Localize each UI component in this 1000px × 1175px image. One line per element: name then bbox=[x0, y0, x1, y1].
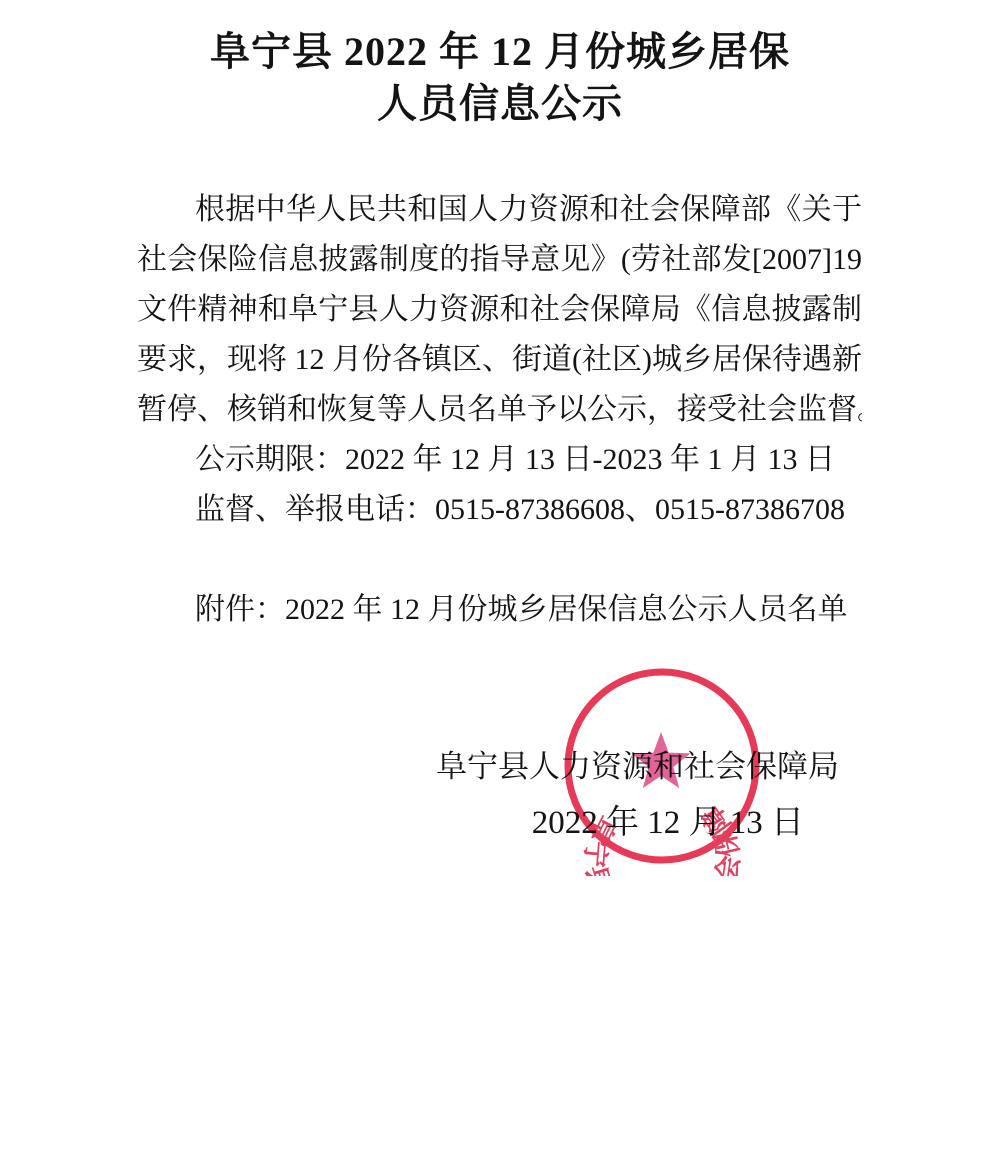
report-hotline-line: 监督、举报电话：0515-87386608、0515-87386708 bbox=[137, 485, 862, 535]
signature-block: 阜宁县人力资源和社会保障局 2022 年 12 月 13 日 bbox=[0, 747, 1000, 843]
publicity-period-line: 公示期限：2022 年 12 月 13 日-2023 年 1 月 13 日 bbox=[137, 435, 862, 485]
title-line-1: 阜宁县 2022 年 12 月份城乡居保 bbox=[0, 26, 1000, 78]
document-page: 阜宁县 2022 年 12 月份城乡居保 人员信息公示 根据中华人民共和国人力资… bbox=[0, 0, 1000, 1175]
seal-star-icon bbox=[632, 732, 691, 788]
document-title: 阜宁县 2022 年 12 月份城乡居保 人员信息公示 bbox=[0, 0, 1000, 130]
signature-date: 2022 年 12 月 13 日 bbox=[0, 803, 1000, 843]
document-body: 根据中华人民共和国人力资源和社会保障部《关于建立 社会保险信息披露制度的指导意见… bbox=[137, 185, 862, 635]
main-paragraph: 根据中华人民共和国人力资源和社会保障部《关于建立 社会保险信息披露制度的指导意见… bbox=[137, 185, 862, 435]
paragraph-line: 要求，现将 12 月份各镇区、街道(社区)城乡居保待遇新增、 bbox=[137, 335, 862, 385]
paragraph-line: 文件精神和阜宁县人力资源和社会保障局《信息披露制度》 bbox=[137, 285, 862, 335]
attachment-line: 附件：2022 年 12 月份城乡居保信息公示人员名单 bbox=[137, 585, 862, 635]
paragraph-line: 根据中华人民共和国人力资源和社会保障部《关于建立 bbox=[137, 185, 862, 235]
paragraph-line: 社会保险信息披露制度的指导意见》(劳社部发[2007]19 号) bbox=[137, 235, 862, 285]
title-line-2: 人员信息公示 bbox=[0, 78, 1000, 130]
paragraph-line: 暂停、核销和恢复等人员名单予以公示，接受社会监督。 bbox=[137, 385, 862, 435]
signature-organization: 阜宁县人力资源和社会保障局 bbox=[0, 747, 1000, 787]
official-seal-stamp: 阜宁县人力资源和社会保障局 bbox=[552, 656, 772, 876]
